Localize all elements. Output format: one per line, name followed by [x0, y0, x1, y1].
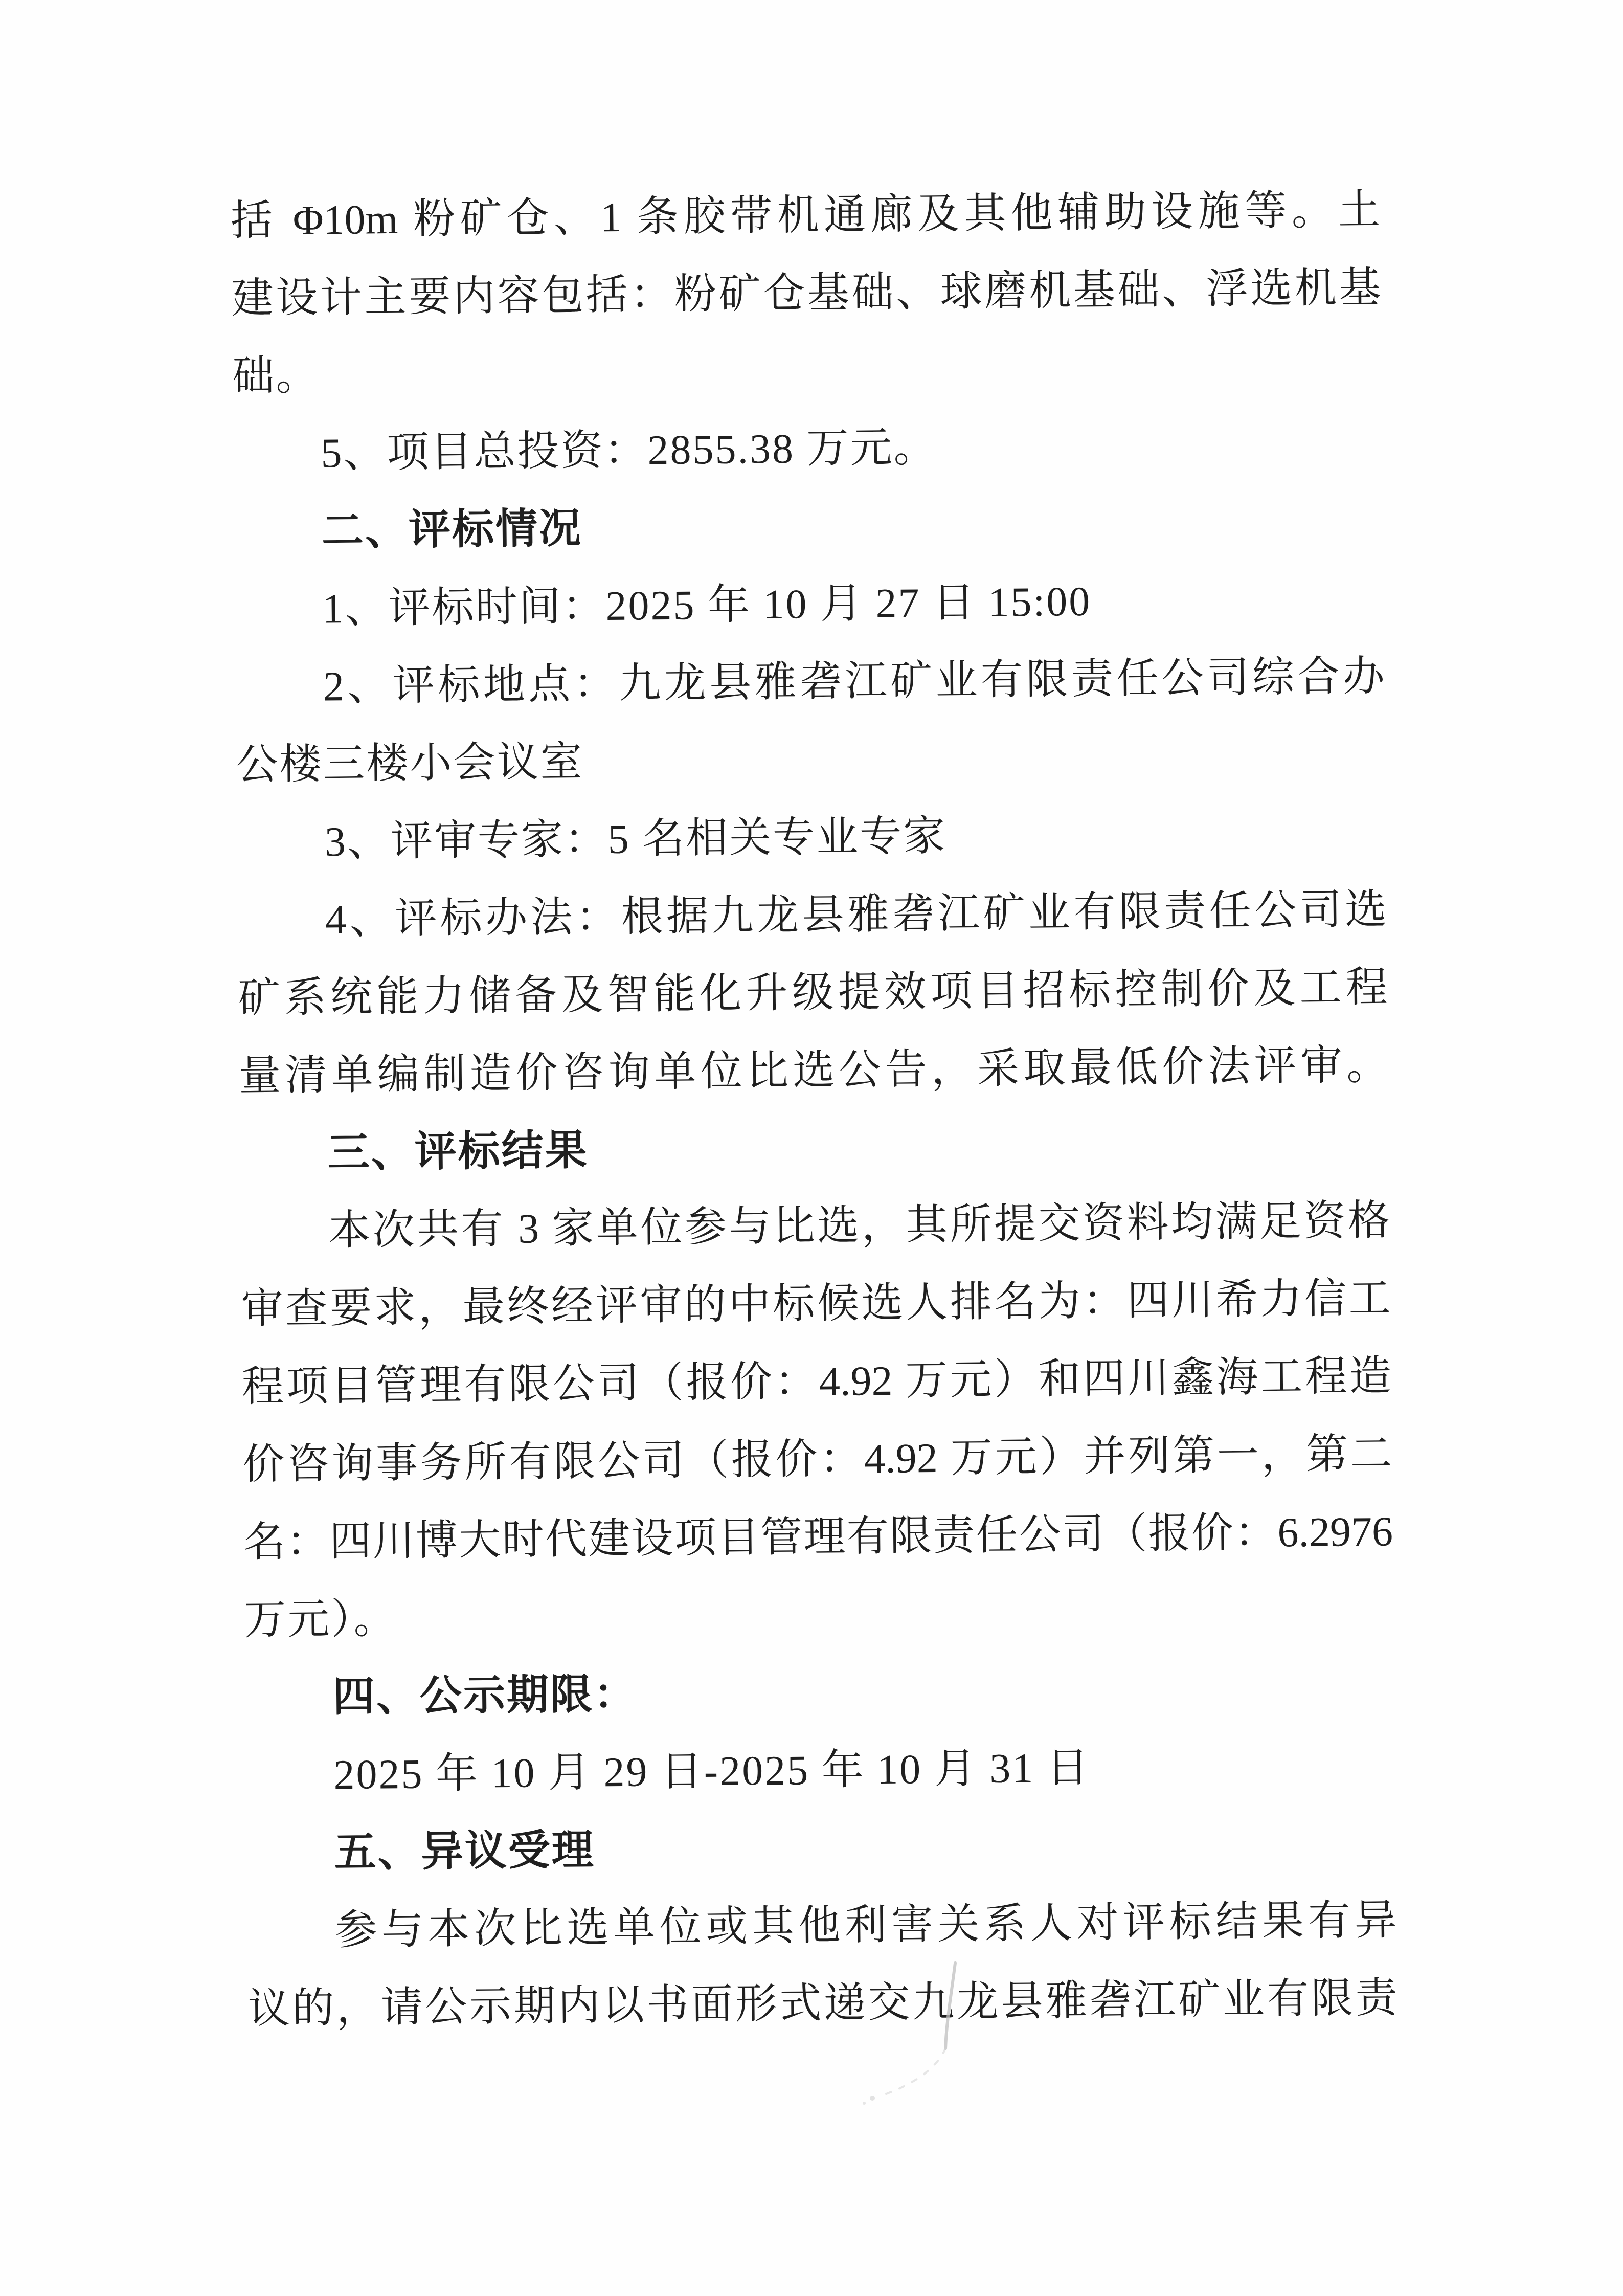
- text-line: 1、评标时间：2025 年 10 月 27 日 15:00: [234, 560, 1384, 649]
- heading-line: 五、异议受理: [246, 1803, 1396, 1892]
- document-text-block: 括 Φ10m 粉矿仓、1 条胶带机通廊及其他辅助设施等。土 建设计主要内容包括：…: [230, 171, 1397, 2048]
- text-line: 名：四川博大时代建设项目管理有限责任公司（报价：6.2976: [243, 1492, 1393, 1581]
- text-line: 审查要求，最终经评审的中标候选人排名为：四川希力信工: [241, 1259, 1391, 1348]
- heading-line: 三、评标结果: [239, 1104, 1389, 1193]
- text-line: 5、项目总投资：2855.38 万元。: [233, 404, 1383, 493]
- text-line: 公楼三楼小会议室: [236, 715, 1386, 804]
- scanned-document-page: 括 Φ10m 粉矿仓、1 条胶带机通廊及其他辅助设施等。土 建设计主要内容包括：…: [0, 0, 1623, 2296]
- text-line: 建设计主要内容包括：粉矿仓基础、球磨机基础、浮选机基: [231, 249, 1381, 338]
- text-line: 本次共有 3 家单位参与比选，其所提交资料均满足资格: [240, 1182, 1390, 1270]
- text-line: 参与本次比选单位或其他利害关系人对评标结果有异: [247, 1881, 1397, 1970]
- text-line: 议的，请公示期内以书面形式递交九龙县雅砻江矿业有限责: [247, 1959, 1397, 2048]
- text-line: 2、评标地点：九龙县雅砻江矿业有限责任公司综合办: [235, 637, 1385, 726]
- text-line: 3、评审专家：5 名相关专业专家: [236, 793, 1386, 882]
- text-line: 础。: [232, 326, 1382, 415]
- text-line: 2025 年 10 月 29 日-2025 年 10 月 31 日: [245, 1726, 1395, 1815]
- text-line: 量清单编制造价咨询单位比选公告，采取最低价法评审。: [239, 1026, 1389, 1115]
- heading-line: 四、公示期限：: [244, 1648, 1394, 1737]
- text-line: 4、评标办法：根据九龙县雅砻江矿业有限责任公司选: [237, 871, 1387, 960]
- text-line: 矿系统能力储备及智能化升级提效项目招标控制价及工程: [238, 948, 1388, 1037]
- text-line: 程项目管理有限公司（报价：4.92 万元）和四川鑫海工程造: [241, 1337, 1391, 1426]
- text-line: 万元）。: [244, 1570, 1394, 1659]
- text-line: 价咨询事务所有限公司（报价：4.92 万元）并列第一，第二: [242, 1415, 1392, 1504]
- heading-line: 二、评标情况: [233, 482, 1383, 571]
- text-line: 括 Φ10m 粉矿仓、1 条胶带机通廊及其他辅助设施等。土: [230, 171, 1380, 260]
